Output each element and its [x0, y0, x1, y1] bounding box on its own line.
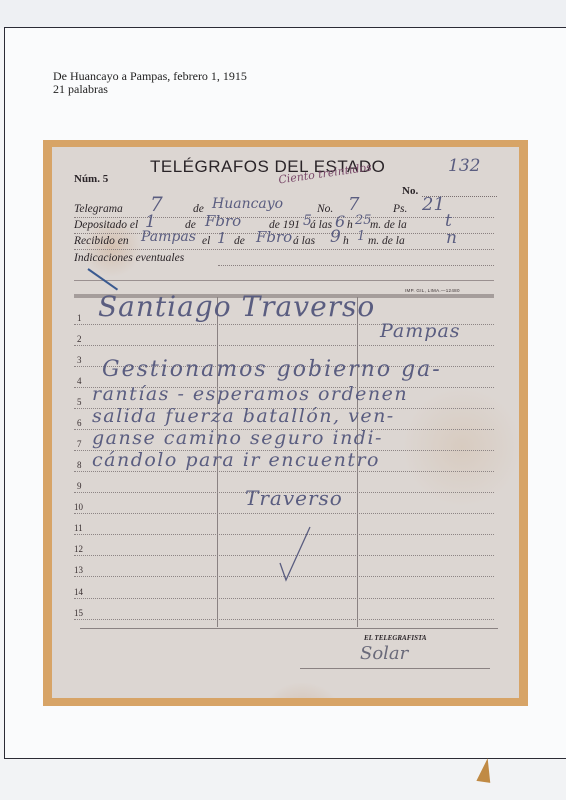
ruled-line — [74, 513, 494, 514]
indicaciones-label: Indicaciones eventuales — [74, 252, 184, 264]
de-value: Huancayo — [212, 196, 283, 212]
depositado-label: Depositado el — [74, 219, 138, 231]
telegrama-line — [74, 217, 494, 218]
message-line: ganse camino seguro indi- — [92, 427, 383, 449]
form-series-number: Núm. 5 — [74, 173, 108, 185]
message-bottom-line — [80, 628, 498, 629]
recibido-day: 1 — [217, 229, 227, 247]
ruled-line — [74, 619, 494, 620]
ps-value: 21 — [422, 194, 445, 215]
telegrafista-signature: Solar — [360, 643, 408, 664]
line-number: 7 — [77, 439, 82, 449]
message-line: rantías - esperamos ordenen — [92, 383, 408, 405]
handwritten-number: 132 — [448, 156, 480, 176]
page-caption: De Huancayo a Pampas, febrero 1, 1915 21… — [53, 70, 247, 96]
line-number: 13 — [74, 565, 83, 575]
message-line: Gestionamos gobierno ga- — [102, 357, 442, 382]
recibido-h-label: h — [343, 235, 349, 247]
depositado-m-label: m. de la — [370, 219, 407, 231]
recibido-a-las-label: á las — [293, 235, 315, 247]
line-number: 15 — [74, 608, 83, 618]
no-label: No. — [402, 185, 418, 197]
recibido-el-label: el — [202, 235, 210, 247]
recibido-hour: 9 — [330, 227, 341, 247]
line-number: 2 — [77, 334, 82, 344]
recibido-period: n — [446, 228, 457, 248]
ruled-line — [74, 471, 494, 472]
line-number: 4 — [77, 376, 82, 386]
telegrama-row: Telegrama — [74, 203, 123, 215]
recibido-label: Recibido en — [74, 235, 129, 247]
ps-label: Ps. — [393, 203, 407, 215]
line-number: 5 — [77, 397, 82, 407]
line-number: 6 — [77, 418, 82, 428]
message-place: Pampas — [380, 320, 461, 342]
signature-line — [300, 668, 490, 669]
recibido-line — [74, 249, 494, 250]
telegrama-label: Telegrama — [74, 203, 123, 215]
line-number: 11 — [74, 523, 83, 533]
printer-imprint: IMP. GIL, LIMA.—12480 — [405, 288, 460, 293]
message-line: cándolo para ir encuentro — [92, 449, 380, 471]
ruled-line — [74, 598, 494, 599]
recibido-m-label: m. de la — [368, 235, 405, 247]
ruled-line — [74, 345, 494, 346]
no-value: 7 — [348, 194, 359, 215]
caption-word-count: 21 palabras — [53, 83, 247, 96]
line-number: 8 — [77, 460, 82, 470]
recibido-place: Pampas — [141, 229, 196, 245]
depositado-a-las-label: á las — [310, 219, 332, 231]
line-number: 9 — [77, 481, 82, 491]
line-number: 1 — [77, 313, 82, 323]
message-addressee: Santiago Traverso — [98, 290, 375, 323]
recibido-min: 1 — [357, 229, 365, 244]
de-label: de — [193, 203, 204, 215]
message-line: salida fuerza batallón, ven- — [92, 405, 395, 427]
depositado-month: Fbro — [205, 212, 241, 230]
message-signature: Traverso — [245, 486, 343, 510]
recibido-de-label: de — [234, 235, 245, 247]
page-top-margin — [0, 0, 566, 28]
line-number: 12 — [74, 544, 83, 554]
line-number: 14 — [74, 587, 83, 597]
line-number: 10 — [74, 502, 83, 512]
telegrafista-label: EL TELEGRAFISTA — [364, 634, 427, 642]
depositado-h-label: h — [347, 219, 353, 231]
indicaciones-line — [218, 265, 494, 266]
no-field-label: No. — [317, 203, 333, 215]
line-number: 3 — [77, 355, 82, 365]
header-separator — [74, 280, 494, 281]
recibido-month: Fbro — [256, 228, 292, 246]
checkmark-icon — [278, 525, 318, 585]
